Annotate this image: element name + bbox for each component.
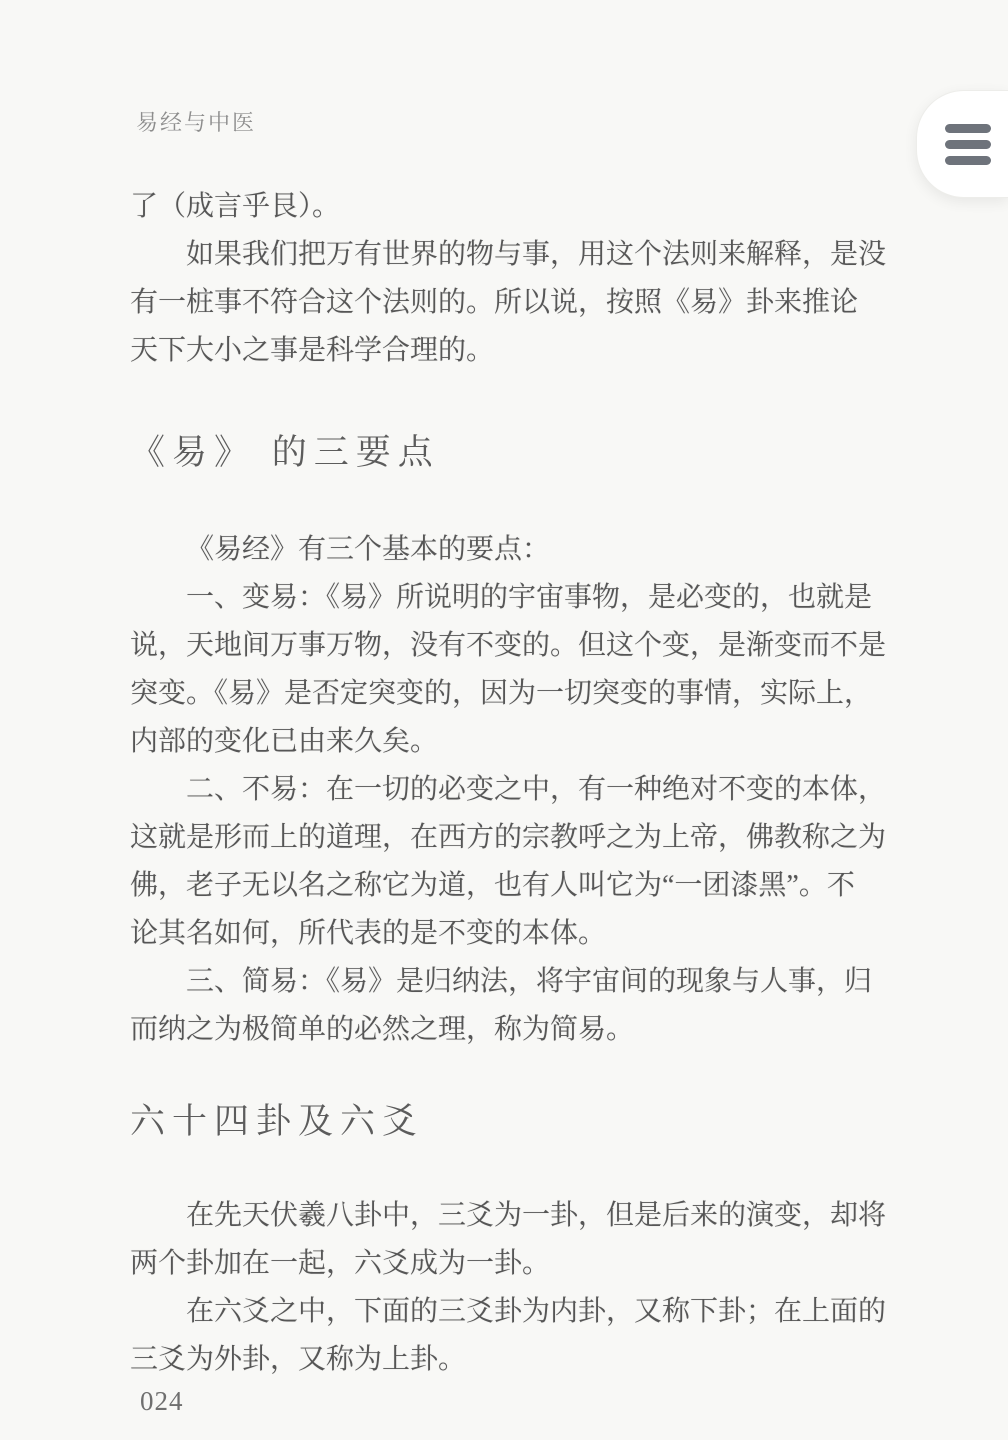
text-line: 天下大小之事是科学合理的。 bbox=[130, 327, 862, 375]
page-content: 了（成言乎艮）。 如果我们把万有世界的物与事，用这个法则来解释，是没 有一桩事不… bbox=[130, 183, 862, 1384]
menu-button[interactable] bbox=[916, 90, 1008, 198]
text-line: 《易经》有三个基本的要点： bbox=[130, 526, 862, 574]
text-line: 在六爻之中，下面的三爻卦为内卦，又称下卦；在上面的 bbox=[130, 1288, 862, 1336]
text-line: 如果我们把万有世界的物与事，用这个法则来解释，是没 bbox=[130, 231, 862, 279]
hamburger-bar bbox=[945, 124, 991, 133]
running-header-title: 易经与中医 bbox=[136, 106, 256, 137]
text-line: 佛，老子无以名之称它为道，也有人叫它为“一团漆黑”。不 bbox=[130, 862, 862, 910]
text-line: 这就是形而上的道理，在西方的宗教呼之为上帝，佛教称之为 bbox=[130, 814, 862, 862]
text-line: 在先天伏羲八卦中，三爻为一卦，但是后来的演变，却将 bbox=[130, 1192, 862, 1240]
text-line: 了（成言乎艮）。 bbox=[130, 183, 862, 231]
hamburger-bar bbox=[945, 156, 991, 165]
text-line: 内部的变化已由来久矣。 bbox=[130, 718, 862, 766]
text-line: 一、变易：《易》所说明的宇宙事物，是必变的，也就是 bbox=[130, 574, 862, 622]
section-heading: 六十四卦及六爻 bbox=[130, 1094, 862, 1150]
text-line: 论其名如何，所代表的是不变的本体。 bbox=[130, 910, 862, 958]
text-line: 而纳之为极简单的必然之理，称为简易。 bbox=[130, 1006, 862, 1054]
hamburger-bar bbox=[945, 140, 991, 149]
section-heading: 《易》 的三要点 bbox=[130, 425, 862, 481]
text-line: 有一桩事不符合这个法则的。所以说，按照《易》卦来推论 bbox=[130, 279, 862, 327]
text-line: 三爻为外卦，又称为上卦。 bbox=[130, 1336, 862, 1384]
text-line: 两个卦加在一起，六爻成为一卦。 bbox=[130, 1240, 862, 1288]
book-page: 易经与中医 了（成言乎艮）。 如果我们把万有世界的物与事，用这个法则来解释，是没… bbox=[0, 0, 1008, 1440]
text-line: 三、简易：《易》是归纳法，将宇宙间的现象与人事，归 bbox=[130, 958, 862, 1006]
text-line: 二、不易：在一切的必变之中，有一种绝对不变的本体， bbox=[130, 766, 862, 814]
page-number: 024 bbox=[140, 1386, 184, 1417]
text-line: 说，天地间万事万物，没有不变的。但这个变，是渐变而不是 bbox=[130, 622, 862, 670]
text-line: 突变。《易》是否定突变的，因为一切突变的事情，实际上， bbox=[130, 670, 862, 718]
